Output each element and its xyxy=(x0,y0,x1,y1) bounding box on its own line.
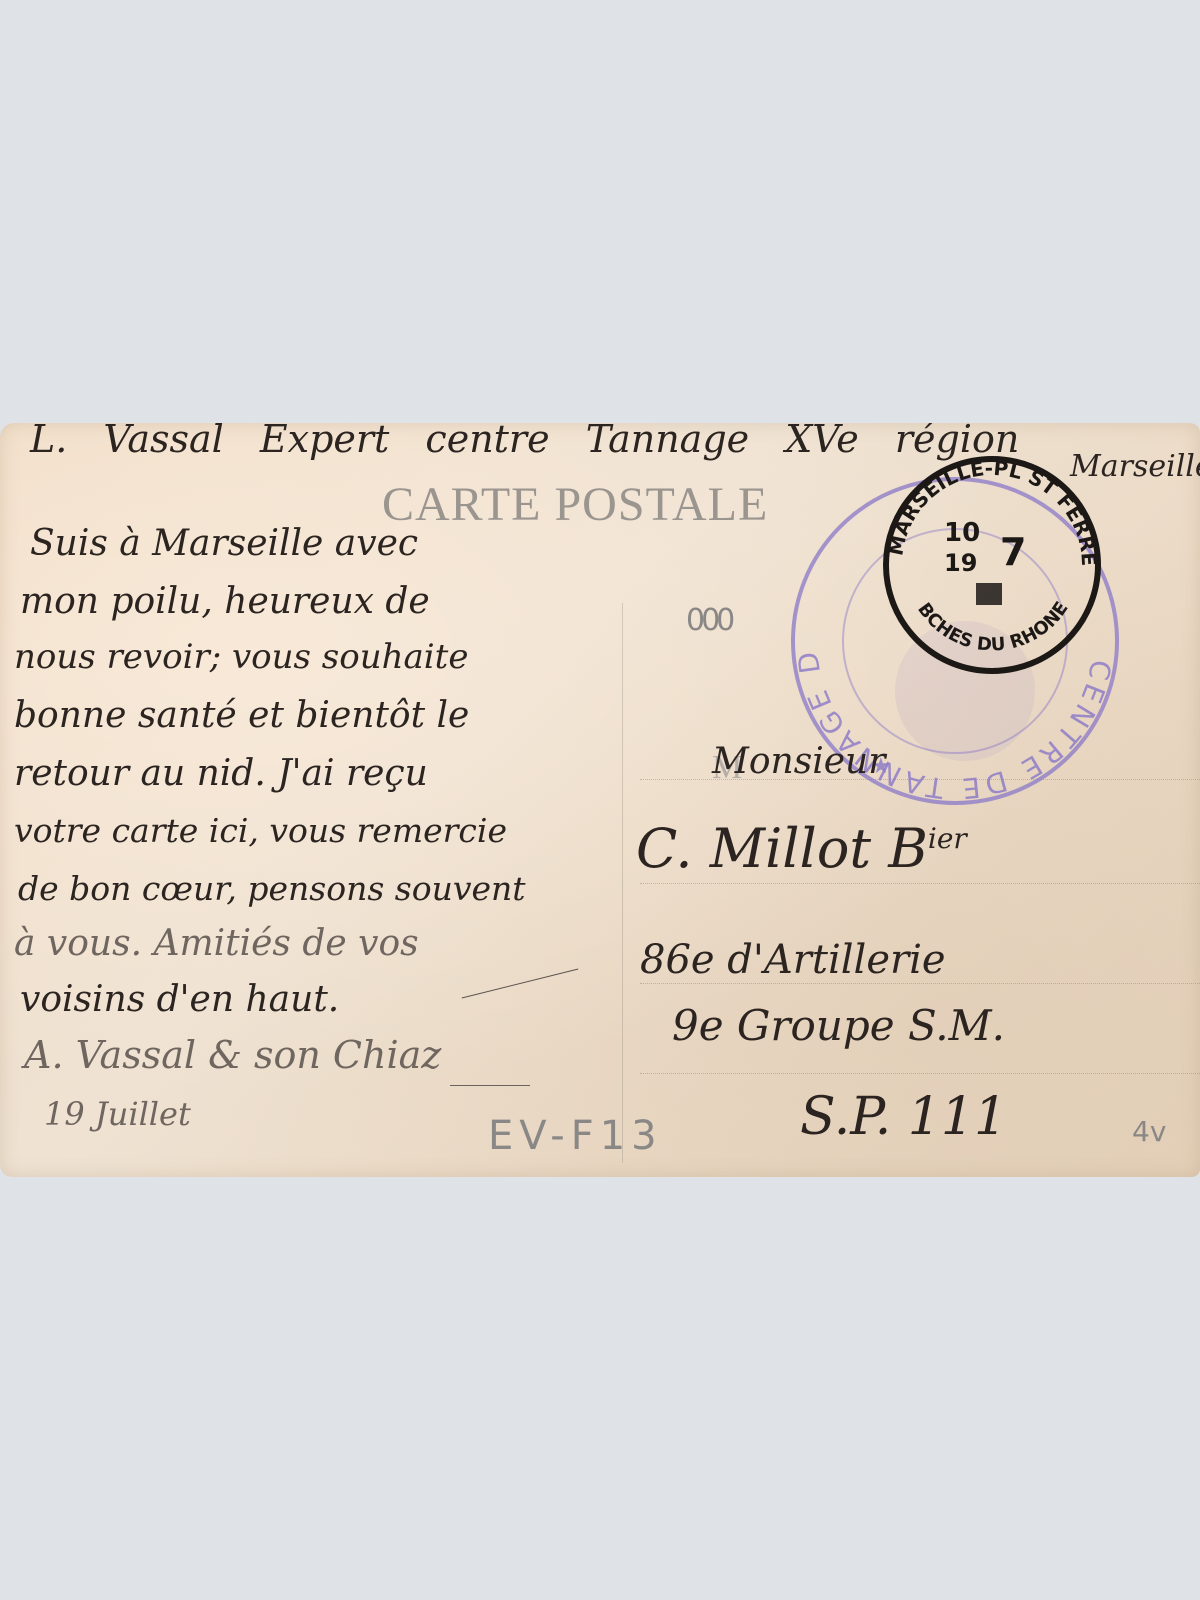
message-line: bonne santé et bientôt le xyxy=(14,695,469,736)
pencil-mark-center: 000 xyxy=(686,603,731,638)
date: 19 Juillet xyxy=(44,1095,191,1133)
signature: A. Vassal & son Chiaz xyxy=(24,1033,441,1077)
sender-title: Expert xyxy=(260,423,389,461)
svg-text:19: 19 xyxy=(944,549,977,577)
address-line xyxy=(640,883,1200,884)
recipient-rank-suffix: ier xyxy=(928,822,967,855)
message-line: mon poilu, heureux de xyxy=(20,581,430,622)
message-line: votre carte ici, vous remercie xyxy=(14,811,507,850)
signature-underline xyxy=(450,1085,530,1086)
message-line: retour au nid. J'ai reçu xyxy=(14,753,428,794)
sender-word-tannage: Tannage xyxy=(586,423,749,461)
sender-name: L. Vassal xyxy=(30,423,224,461)
recipient-name: C. Millot B xyxy=(636,817,928,880)
message-line: voisins d'en haut. xyxy=(20,979,339,1020)
svg-text:MARSEILLE-PL ST FERREOL: MARSEILLE-PL ST FERREOL xyxy=(880,453,1101,567)
postcard-back: L. Vassal Expert centre Tannage XVe régi… xyxy=(0,423,1200,1177)
printed-header: CARTE POSTALE xyxy=(382,477,768,532)
center-divider xyxy=(622,603,623,1163)
svg-text:10: 10 xyxy=(944,518,980,548)
svg-text:7: 7 xyxy=(1000,530,1026,574)
address-line xyxy=(640,983,1200,984)
sender-word-centre: centre xyxy=(425,423,549,461)
message-line: de bon cœur, pensons souvent xyxy=(18,869,526,908)
svg-text:BCHES DU RHONE: BCHES DU RHONE xyxy=(913,598,1072,656)
address-sector: S.P. 111 xyxy=(800,1087,1007,1147)
address-group: 9e Groupe S.M. xyxy=(672,1001,1005,1050)
address-unit: 86e d'Artillerie xyxy=(640,937,946,983)
postmark: MARSEILLE-PL ST FERREOL BCHES DU RHONE 1… xyxy=(880,453,1105,678)
address-line xyxy=(640,1073,1200,1074)
sender-line: L. Vassal Expert centre Tannage XVe régi… xyxy=(30,423,1019,461)
message-line: Suis à Marseille avec xyxy=(30,523,418,564)
message-line: nous revoir; vous souhaite xyxy=(14,637,468,677)
pencil-mark-corner: 4v xyxy=(1132,1115,1166,1148)
address-name: C. Millot Bier xyxy=(636,817,967,880)
pencil-mark-bottom: EV-F13 xyxy=(488,1113,663,1159)
message-line: à vous. Amitiés de vos xyxy=(14,923,419,964)
address-salutation: Monsieur xyxy=(712,741,885,782)
flourish-line xyxy=(462,968,579,998)
